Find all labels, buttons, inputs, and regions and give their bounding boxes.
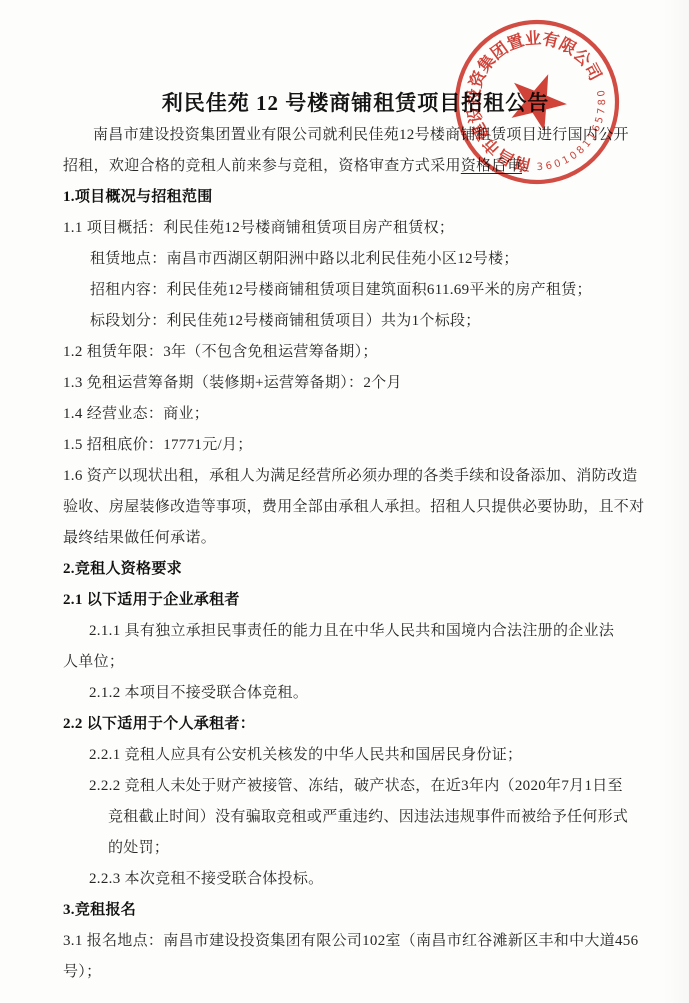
text-segment: 1.5 招租底价：17771元/月；: [63, 437, 253, 453]
text-segment: 标段划分：利民佳苑12号楼商铺租赁项目）共为1个标段；: [90, 313, 481, 329]
text-segment: 3.竞租报名: [63, 902, 136, 918]
doc-line: 2.1.2 本项目不接受联合体竞租。: [63, 678, 648, 709]
doc-line: 2.2.3 本次竞租不接受联合体投标。: [63, 864, 648, 895]
doc-line: 1.项目概况与招租范围: [63, 182, 648, 213]
doc-line: 验收、房屋装修改造等事项，费用全部由承租人承担。招租人只提供必要协助，且不对: [63, 492, 648, 523]
doc-line: 2.2.2 竞租人未处于财产被接管、冻结，破产状态，在近3年内（2020年7月1…: [63, 771, 648, 802]
text-segment: 1.2 租赁年限：3年（不包含免租运营筹备期）；: [63, 344, 378, 360]
text-segment: 人单位；: [63, 654, 124, 670]
text-segment: 南昌市建设投资集团置业有限公司就利民佳苑12号楼商铺租赁项目进行国内公开: [93, 127, 629, 143]
doc-line: 号）；: [63, 957, 648, 988]
doc-line: 招租内容：利民佳苑12号楼商铺租赁项目建筑面积611.69平米的房产租赁；: [63, 275, 648, 306]
doc-line: 1.5 招租底价：17771元/月；: [63, 430, 648, 461]
doc-line: 租赁地点：南昌市西湖区朝阳洲中路以北利民佳苑小区12号楼；: [63, 244, 648, 275]
doc-line: 南昌市建设投资集团置业有限公司就利民佳苑12号楼商铺租赁项目进行国内公开: [63, 120, 648, 151]
text-segment: 招租内容：利民佳苑12号楼商铺租赁项目建筑面积611.69平米的房产租赁；: [90, 282, 592, 298]
text-segment: 2.2.2 竞租人未处于财产被接管、冻结，破产状态，在近3年内（2020年7月1…: [89, 778, 623, 794]
page-title: 利民佳苑 12 号楼商铺租赁项目招租公告: [63, 88, 648, 118]
doc-line: 标段划分：利民佳苑12号楼商铺租赁项目）共为1个标段；: [63, 306, 648, 337]
text-segment: 1.4 经营业态：商业；: [63, 406, 209, 422]
text-segment: 招租，欢迎合格的竞租人前来参与竞租，资格审查方式采用: [63, 158, 461, 174]
text-segment: 租赁地点：南昌市西湖区朝阳洲中路以北利民佳苑小区12号楼；: [90, 251, 519, 267]
text-segment: 。: [522, 158, 537, 174]
text-segment: 2.竞租人资格要求: [63, 561, 182, 577]
doc-line: 2.1 以下适用于企业承租者: [63, 585, 648, 616]
doc-line: 的处罚；: [63, 833, 648, 864]
text-segment: 最终结果做任何承诺。: [63, 530, 216, 546]
text-segment: 的处罚；: [108, 840, 169, 856]
doc-line: 1.6 资产以现状出租，承租人为满足经营所必须办理的各类手续和设备添加、消防改造: [63, 461, 648, 492]
text-segment: 1.项目概况与招租范围: [63, 189, 213, 205]
doc-line: 3.1 报名地点：南昌市建设投资集团有限公司102室（南昌市红谷滩新区丰和中大道…: [63, 926, 648, 957]
text-segment: 2.1.2 本项目不接受联合体竞租。: [89, 685, 308, 701]
doc-line: 1.2 租赁年限：3年（不包含免租运营筹备期）；: [63, 337, 648, 368]
doc-line: 3.竞租报名: [63, 895, 648, 926]
underlined-text: 资格后审: [461, 158, 522, 174]
doc-line: 2.竞租人资格要求: [63, 554, 648, 585]
doc-line: 竞租截止时间）没有骗取竞租或严重违约、因违法违规事件而被给予任何形式: [63, 802, 648, 833]
text-segment: 2.2 以下适用于个人承租者：: [63, 716, 255, 732]
text-segment: 验收、房屋装修改造等事项，费用全部由承租人承担。招租人只提供必要协助，且不对: [63, 499, 644, 515]
doc-line: 1.1 项目概括：利民佳苑12号楼商铺租赁项目房产租赁权；: [63, 213, 648, 244]
text-segment: 号）；: [63, 964, 101, 980]
text-segment: 1.1 项目概括：利民佳苑12号楼商铺租赁项目房产租赁权；: [63, 220, 454, 236]
text-segment: 3.1 报名地点：南昌市建设投资集团有限公司102室（南昌市红谷滩新区丰和中大道…: [63, 933, 638, 949]
text-segment: 2.2.3 本次竞租不接受联合体投标。: [89, 871, 323, 887]
text-segment: 竞租截止时间）没有骗取竞租或严重违约、因违法违规事件而被给予任何形式: [108, 809, 628, 825]
document-lines: 南昌市建设投资集团置业有限公司就利民佳苑12号楼商铺租赁项目进行国内公开招租，欢…: [63, 120, 648, 988]
doc-line: 1.4 经营业态：商业；: [63, 399, 648, 430]
doc-line: 1.3 免租运营筹备期（装修期+运营筹备期）：2个月: [63, 368, 648, 399]
doc-line: 2.2 以下适用于个人承租者：: [63, 709, 648, 740]
text-segment: 1.3 免租运营筹备期（装修期+运营筹备期）：2个月: [63, 375, 402, 391]
doc-line: 招租，欢迎合格的竞租人前来参与竞租，资格审查方式采用资格后审。: [63, 151, 648, 182]
doc-line: 最终结果做任何承诺。: [63, 523, 648, 554]
text-segment: 2.1 以下适用于企业承租者: [63, 592, 240, 608]
document-body: 利民佳苑 12 号楼商铺租赁项目招租公告 南昌市建设投资集团置业有限公司就利民佳…: [63, 88, 648, 988]
text-segment: 2.2.1 竞租人应具有公安机关核发的中华人民共和国居民身份证；: [89, 747, 522, 763]
text-segment: 1.6 资产以现状出租，承租人为满足经营所必须办理的各类手续和设备添加、消防改造: [63, 468, 638, 484]
doc-line: 2.2.1 竞租人应具有公安机关核发的中华人民共和国居民身份证；: [63, 740, 648, 771]
doc-line: 人单位；: [63, 647, 648, 678]
text-segment: 2.1.1 具有独立承担民事责任的能力且在中华人民共和国境内合法注册的企业法: [89, 623, 614, 639]
doc-line: 2.1.1 具有独立承担民事责任的能力且在中华人民共和国境内合法注册的企业法: [63, 616, 648, 647]
document-page: 利民佳苑 12 号楼商铺租赁项目招租公告 南昌市建设投资集团置业有限公司就利民佳…: [0, 0, 689, 1003]
